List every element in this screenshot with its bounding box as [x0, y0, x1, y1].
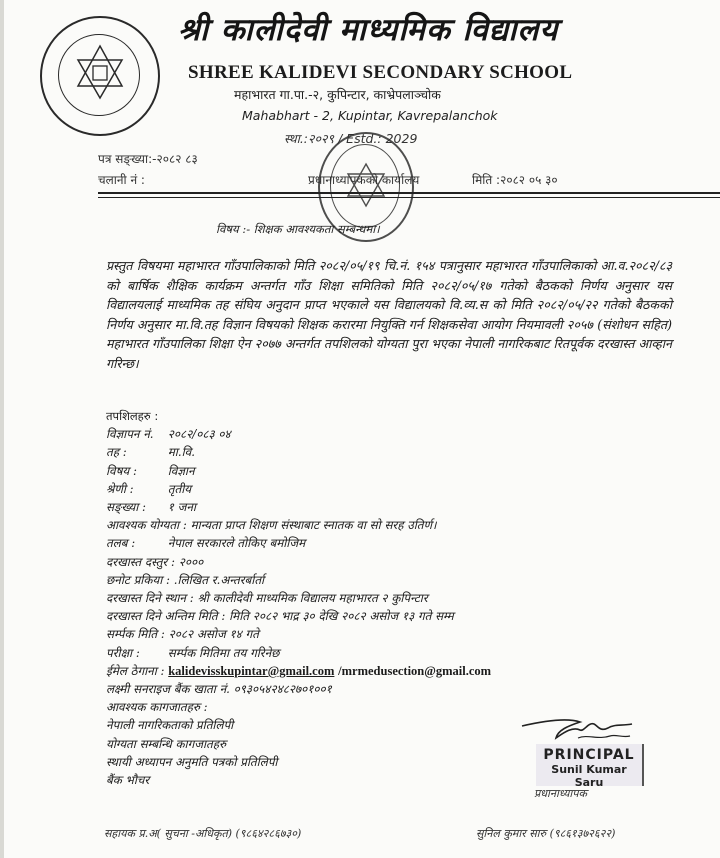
detail-value: विज्ञान [168, 464, 195, 478]
reference-number: पत्र सङ्ख्या:-२०८२ ८३ [98, 150, 198, 167]
school-logo-seal [40, 16, 160, 136]
dispatch-number: चलानी नं : [98, 171, 145, 188]
address-nepali: महाभारत गा.पा.-२, कुपिन्टार, काभ्रेपलाञ्… [234, 86, 441, 103]
detail-value: मा.वि. [168, 445, 195, 459]
detail-row: सर्म्पक मिति : २०८२ असोज १४ गते [106, 625, 666, 643]
detail-label: तह : [106, 443, 164, 461]
detail-row: परीक्षा : सर्म्पक मितिमा तय गरिनेछ [106, 644, 666, 662]
detail-row: दरखास्त दिने अन्तिम मिति : मिति २०८२ भाद… [106, 607, 666, 625]
notice-body: प्रस्तुत विषयमा महाभारत गाँउपालिकाको मित… [106, 256, 672, 373]
detail-row: विषय : विज्ञान [106, 462, 666, 480]
detail-row: सङ्ख्या : १ जना [106, 498, 666, 516]
email-label: ईमेल ठेगाना : [106, 664, 164, 678]
detail-label: दरखास्त दिने स्थान : [106, 589, 194, 607]
detail-value: मान्यता प्राप्त शिक्षण संस्थाबाट स्नातक … [191, 518, 437, 532]
email-primary-link[interactable]: kalidevisskupintar@gmail.com [168, 664, 334, 678]
detail-label: श्रेणी : [106, 480, 164, 498]
stamp-title: PRINCIPAL [536, 744, 642, 763]
detail-label: विज्ञापन नं. [106, 425, 164, 443]
detail-value: मिति २०८२ भाद्र ३० देखि २०८२ असोज १३ गते… [229, 609, 454, 623]
detail-row: आवश्यक योग्यता : मान्यता प्राप्त शिक्षण … [106, 516, 666, 534]
detail-value: २००० [179, 555, 204, 569]
school-name-nepali: श्री कालीदेवी माध्यमिक विद्यालय [178, 8, 618, 50]
notice-page: श्री कालीदेवी माध्यमिक विद्यालय SHREE KA… [0, 0, 720, 858]
principal-stamp: PRINCIPAL Sunil Kumar Saru [536, 744, 644, 786]
detail-label: आवश्यक योग्यता : [106, 516, 187, 534]
star-emblem-icon [42, 18, 158, 134]
principal-contact: सुनिल कुमार सारु (९८६१३७२६२२) [476, 826, 615, 841]
subject-line: विषय :- शिक्षक आवश्यकता सम्बन्धमा। [216, 222, 380, 237]
principal-signature-icon [518, 712, 638, 748]
detail-value: .लिखित र.अन्तरर्बार्ता [174, 573, 264, 587]
detail-value: श्री कालीदेवी माध्यमिक विद्यालय महाभारत … [197, 591, 427, 605]
detail-label: परीक्षा : [106, 644, 164, 662]
detail-row: छनोट प्रकिया : .लिखित र.अन्तरर्बार्ता [106, 571, 666, 589]
email-row: ईमेल ठेगाना : kalidevisskupintar@gmail.c… [106, 662, 666, 680]
detail-label: सङ्ख्या : [106, 498, 164, 516]
email-secondary[interactable]: /mrmedusection@gmail.com [338, 664, 491, 678]
detail-row: श्रेणी : तृतीय [106, 480, 666, 498]
info-officer-contact: सहायक प्र.अ( सुचना -अधिकृत) (९८६४२८६७३०) [104, 826, 301, 841]
page-edge [0, 0, 4, 858]
address-english: Mahabhart - 2, Kupintar, Kavrepalanchok [242, 108, 498, 123]
details-heading: तपशिलहरु : [106, 407, 666, 425]
header-divider-thin [98, 197, 720, 198]
detail-value: सर्म्पक मितिमा तय गरिनेछ [168, 646, 280, 660]
detail-value: नेपाल सरकारले तोकिए बमोजिम [168, 536, 305, 550]
letter-date: मिति :२०८२ ०५ ३० [472, 171, 558, 188]
detail-row: तलब : नेपाल सरकारले तोकिए बमोजिम [106, 534, 666, 552]
detail-label: विषय : [106, 462, 164, 480]
detail-label: दरखास्त दस्तुर : [106, 553, 175, 571]
detail-row: दरखास्त दिने स्थान : श्री कालीदेवी माध्य… [106, 589, 666, 607]
header-divider [98, 192, 720, 194]
detail-value: १ जना [168, 500, 196, 514]
detail-row: तह : मा.वि. [106, 443, 666, 461]
detail-label: तलब : [106, 534, 164, 552]
detail-value: २०८२/०८३ ०४ [168, 427, 231, 441]
detail-value: २०८२ असोज १४ गते [169, 627, 259, 641]
bank-account: लक्ष्मी सनराइज बैंक खाता नं. ०९३०५४२४८२७… [106, 680, 666, 698]
detail-value: तृतीय [168, 482, 191, 496]
principal-label: प्रधानाध्यापक [534, 786, 587, 801]
detail-label: सर्म्पक मिति : [106, 625, 165, 643]
detail-row: दरखास्त दस्तुर : २००० [106, 553, 666, 571]
detail-label: दरखास्त दिने अन्तिम मिति : [106, 607, 225, 625]
school-name-english: SHREE KALIDEVI SECONDARY SCHOOL [188, 62, 572, 84]
detail-row: विज्ञापन नं. २०८२/०८३ ०४ [106, 425, 666, 443]
detail-label: छनोट प्रकिया : [106, 571, 170, 589]
